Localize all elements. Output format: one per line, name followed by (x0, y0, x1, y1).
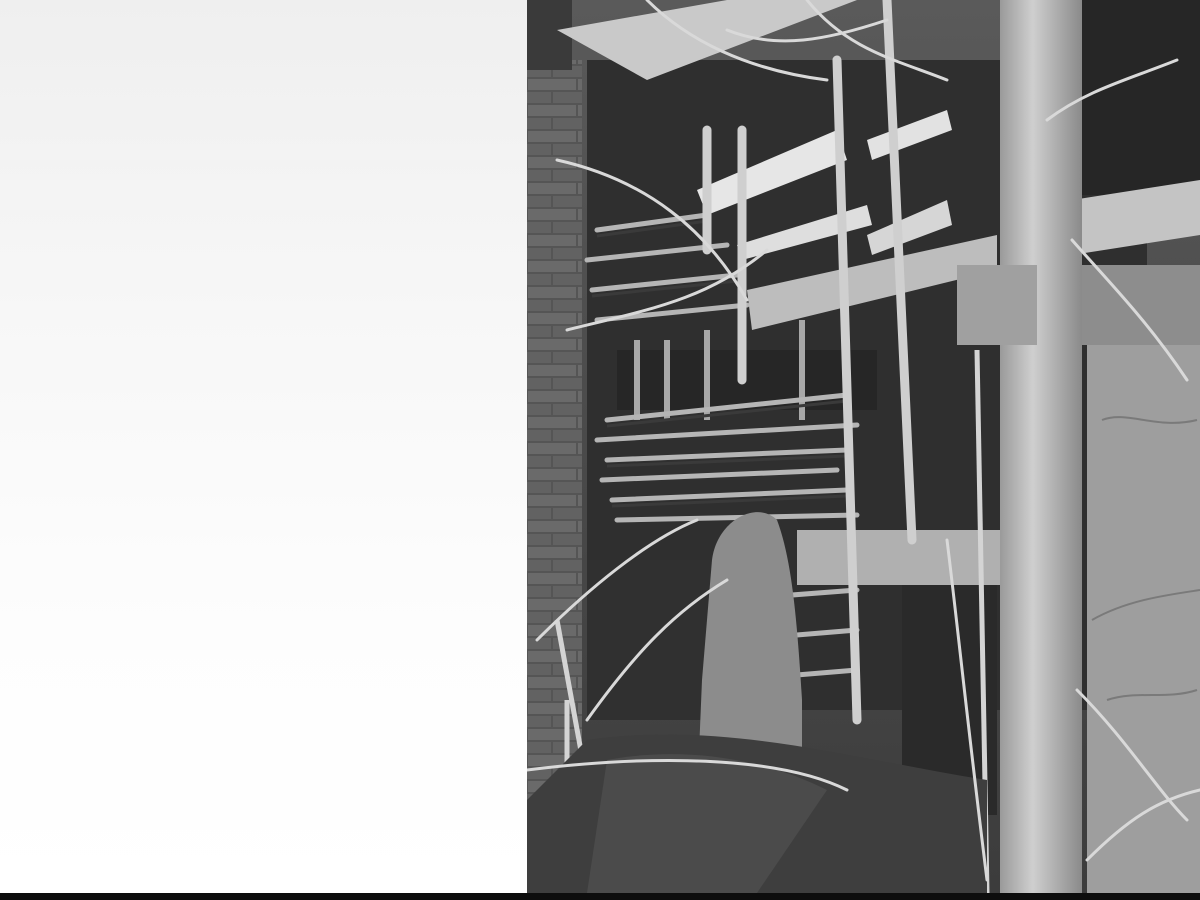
building-photograph: Ruined half-timbered wall with exposed w… (527, 0, 1200, 893)
photo-illustration (527, 0, 1200, 893)
blank-white-panel (0, 0, 527, 893)
bottom-border-strip (0, 893, 1200, 900)
mid-beam (797, 530, 1002, 585)
main-post (1000, 0, 1082, 893)
